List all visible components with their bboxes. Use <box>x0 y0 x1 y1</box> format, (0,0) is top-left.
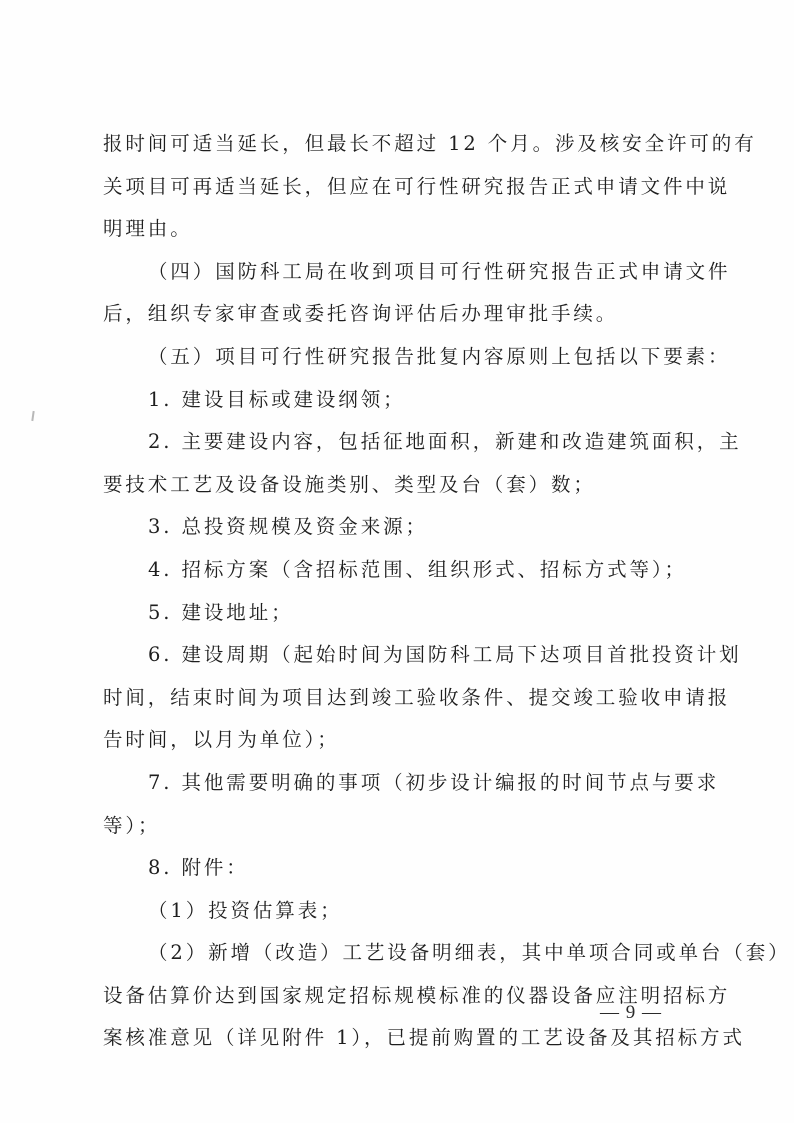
text-line: 报时间可适当延长，但最长不超过 12 个月。涉及核安全许可的有 <box>103 123 695 166</box>
list-item-6: 6. 建设周期（起始时间为国防科工局下达项目首批投资计划 <box>103 634 695 677</box>
text-line: 明理由。 <box>103 208 695 251</box>
section-four-heading-line: （四）国防科工局在收到项目可行性研究报告正式申请文件 <box>103 251 695 294</box>
text-line: 等）； <box>103 805 695 848</box>
section-five-heading-line: （五）项目可行性研究报告批复内容原则上包括以下要素： <box>103 336 695 379</box>
list-item-8: 8. 附件： <box>103 847 695 890</box>
text-line: 时间，结束时间为项目达到竣工验收条件、提交竣工验收申请报 <box>103 677 695 720</box>
text-line: 告时间，以月为单位）； <box>103 719 695 762</box>
scan-artifact-mark <box>31 411 34 421</box>
list-item-2: 2. 主要建设内容，包括征地面积，新建和改造建筑面积，主 <box>103 421 695 464</box>
document-page: 报时间可适当延长，但最长不超过 12 个月。涉及核安全许可的有 关项目可再适当延… <box>0 0 794 1123</box>
text-line: 关项目可再适当延长，但应在可行性研究报告正式申请文件中说 <box>103 166 695 209</box>
text-line: 要技术工艺及设备设施类别、类型及台（套）数； <box>103 464 695 507</box>
body-text: 报时间可适当延长，但最长不超过 12 个月。涉及核安全许可的有 关项目可再适当延… <box>103 123 695 1060</box>
attachment-item-2: （2）新增（改造）工艺设备明细表，其中单项合同或单台（套） <box>103 932 695 975</box>
text-line: 后，组织专家审查或委托咨询评估后办理审批手续。 <box>103 293 695 336</box>
attachment-item-1: （1）投资估算表； <box>103 890 695 933</box>
list-item-1: 1. 建设目标或建设纲领； <box>103 379 695 422</box>
list-item-3: 3. 总投资规模及资金来源； <box>103 506 695 549</box>
list-item-5: 5. 建设地址； <box>103 592 695 635</box>
list-item-7: 7. 其他需要明确的事项（初步设计编报的时间节点与要求 <box>103 762 695 805</box>
list-item-4: 4. 招标方案（含招标范围、组织形式、招标方式等）； <box>103 549 695 592</box>
page-number: — 9 — <box>600 1002 662 1024</box>
